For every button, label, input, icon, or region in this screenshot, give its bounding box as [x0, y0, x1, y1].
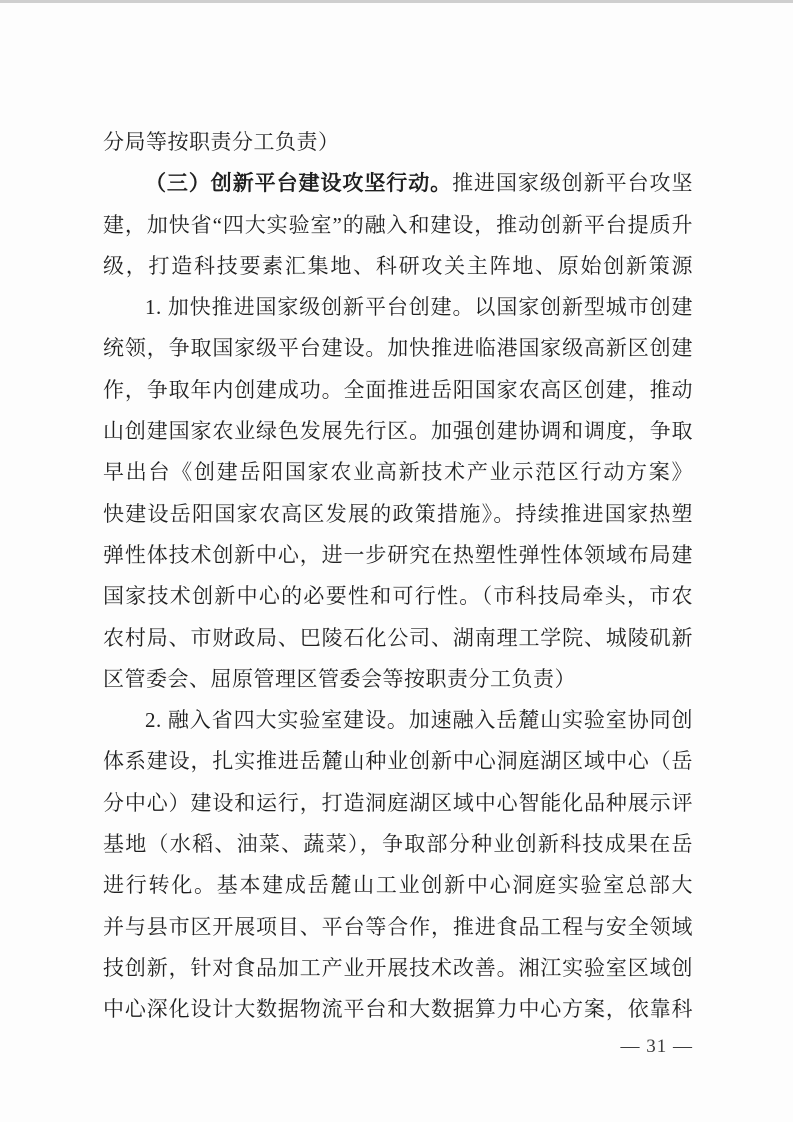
text-line: 农村局、市财政局、巴陵石化公司、湖南理工学院、城陵矶新港 — [103, 618, 693, 659]
document-body: 分局等按职责分工负责） （三）创新平台建设攻坚行动。推进国家级创新平台攻坚创 建… — [103, 122, 693, 1031]
text-line: 统领，争取国家级平台建设。加快推进临港国家级高新区创建工 — [103, 328, 693, 369]
section-3-heading: （三）创新平台建设攻坚行动。 — [145, 171, 452, 195]
text-line: 中心深化设计大数据物流平台和大数据算力中心方案，依靠科研 — [103, 989, 693, 1030]
text-line: 区管委会、屈原管理区管委会等按职责分工负责） — [103, 659, 693, 700]
text-line: 级，打造科技要素汇集地、科研攻关主阵地、原始创新策源地。 — [103, 246, 693, 287]
text-line: 山创建国家农业绿色发展先行区。加强创建协调和调度，争取尽 — [103, 411, 693, 452]
text-line: 分局等按职责分工负责） — [103, 122, 693, 163]
document-page: 分局等按职责分工负责） （三）创新平台建设攻坚行动。推进国家级创新平台攻坚创 建… — [0, 0, 793, 1122]
item-1-heading-line: 1. 加快推进国家级创新平台创建。以国家创新型城市创建为 — [103, 287, 693, 328]
text-line: 技创新，针对食品加工产业开展技术改善。湘江实验室区域创新 — [103, 948, 693, 989]
text-line: 建，加快省“四大实验室”的融入和建设，推动创新平台提质升 — [103, 205, 693, 246]
text-line: 分中心）建设和运行，打造洞庭湖区域中心智能化品种展示评价 — [103, 783, 693, 824]
text-line: 快建设岳阳国家农高区发展的政策措施》。持续推进国家热塑性 — [103, 494, 693, 535]
item-2-heading-line: 2. 融入省四大实验室建设。加速融入岳麓山实验室协同创新 — [103, 700, 693, 741]
text-line: 基地（水稻、油菜、蔬菜），争取部分种业创新科技成果在岳阳 — [103, 824, 693, 865]
text-line: 作，争取年内创建成功。全面推进岳阳国家农高区创建，推动君 — [103, 370, 693, 411]
page-number: — 31 — — [393, 1032, 693, 1062]
text-line: 弹性体技术创新中心，进一步研究在热塑性弹性体领域布局建设 — [103, 535, 693, 576]
section-heading-line: （三）创新平台建设攻坚行动。推进国家级创新平台攻坚创 — [103, 163, 693, 204]
text-line: 早出台《创建岳阳国家农业高新技术产业示范区行动方案》《加 — [103, 452, 693, 493]
text-line: 进行转化。基本建成岳麓山工业创新中心洞庭实验室总部大楼， — [103, 865, 693, 906]
text-line: 国家技术创新中心的必要性和可行性。（市科技局牵头，市农业 — [103, 576, 693, 617]
text-line: 体系建设，扎实推进岳麓山种业创新中心洞庭湖区域中心（岳阳 — [103, 741, 693, 782]
text-line: 并与县市区开展项目、平台等合作，推进食品工程与安全领域科 — [103, 907, 693, 948]
scan-edge-artifact — [0, 0, 793, 3]
